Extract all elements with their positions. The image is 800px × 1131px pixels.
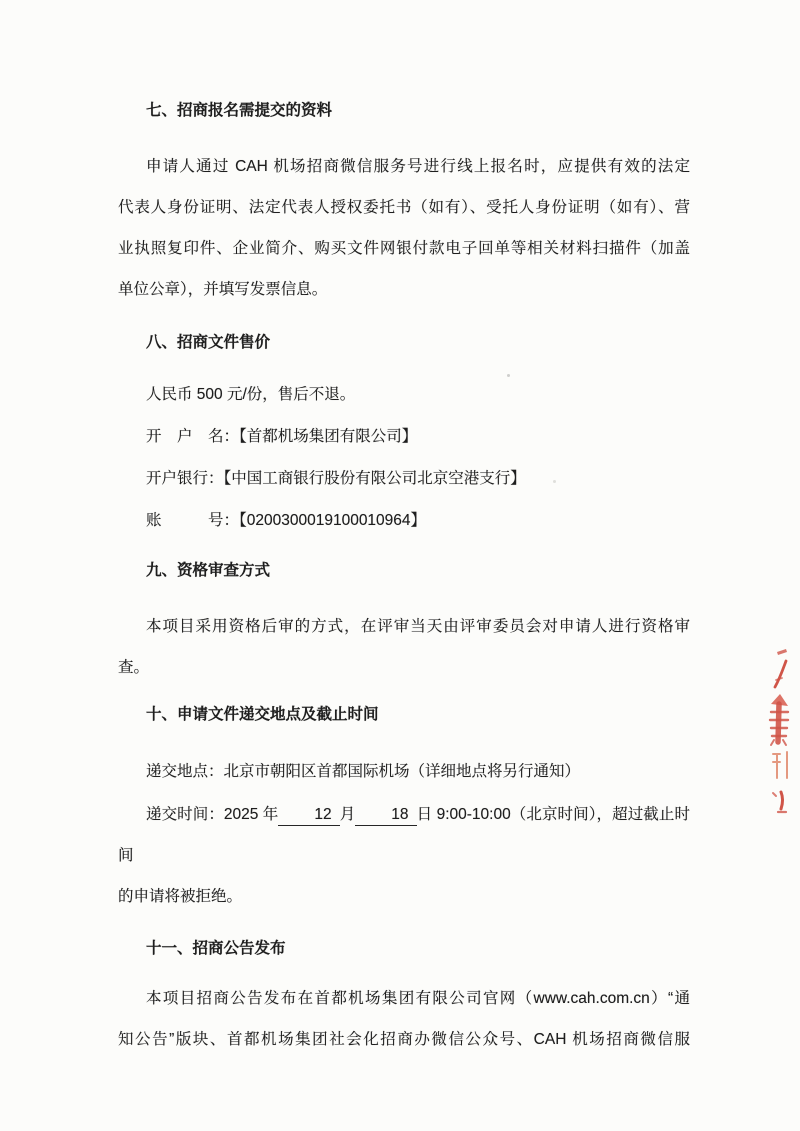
section-9: 九、资格审查方式 本项目采用资格后审的方式，在评审当天由评审委员会对申请人进行资… (118, 550, 690, 688)
section-8-heading: 八、招商文件售价 (118, 322, 690, 363)
body-line: 代表人身份证明、法定代表人授权委托书（如有）、受托人身份证明（如有）、营 (118, 187, 690, 228)
red-seal-fragment-icon (762, 640, 800, 818)
deadline-month-underlined: 12 (278, 805, 339, 826)
section-7: 七、招商报名需提交的资料 申请人通过 CAH 机场招商微信服务号进行线上报名时，… (118, 90, 690, 310)
body-line: 查。 (118, 647, 690, 688)
body-line: 知公告”版块、首都机场集团社会化招商办微信公众号、CAH 机场招商微信服 (118, 1019, 690, 1060)
account-name-line: 开 户 名：【首都机场集团有限公司】 (118, 416, 690, 457)
body-line: 申请人通过 CAH 机场招商微信服务号进行线上报名时，应提供有效的法定 (118, 146, 690, 187)
scan-speck (553, 480, 556, 483)
scan-speck (507, 374, 510, 377)
section-8: 八、招商文件售价 人民币 500 元/份，售后不退。 开 户 名：【首都机场集团… (118, 322, 690, 541)
section-11-heading: 十一、招商公告发布 (118, 928, 690, 969)
deadline-prefix: 递交时间：2025 年 (146, 806, 278, 823)
document-page-body: 七、招商报名需提交的资料 申请人通过 CAH 机场招商微信服务号进行线上报名时，… (118, 90, 690, 1060)
body-line: 本项目招商公告发布在首都机场集团有限公司官网（www.cah.com.cn）“通 (118, 978, 690, 1019)
section-11: 十一、招商公告发布 本项目招商公告发布在首都机场集团有限公司官网（www.cah… (118, 928, 690, 1060)
body-line: 的申请将被拒绝。 (118, 876, 690, 917)
body-line: 单位公章），并填写发票信息。 (118, 269, 690, 310)
section-9-heading: 九、资格审查方式 (118, 550, 690, 591)
section-10-heading: 十、申请文件递交地点及截止时间 (118, 694, 690, 735)
account-number-line: 账 号：【0200300019100010964】 (118, 500, 690, 541)
price-line: 人民币 500 元/份，售后不退。 (118, 374, 690, 415)
bank-line: 开户银行：【中国工商银行股份有限公司北京空港支行】 (118, 458, 690, 499)
scanned-document: { "page": { "background": "#fcfcfa", "in… (0, 0, 800, 1131)
submission-location-line: 递交地点：北京市朝阳区首都国际机场（详细地点将另行通知） (118, 751, 690, 792)
deadline-mid: 月 (340, 806, 356, 823)
section-7-heading: 七、招商报名需提交的资料 (118, 90, 690, 131)
deadline-day-underlined: 18 (355, 805, 416, 826)
body-line: 本项目采用资格后审的方式，在评审当天由评审委员会对申请人进行资格审 (118, 606, 690, 647)
section-10: 十、申请文件递交地点及截止时间 递交地点：北京市朝阳区首都国际机场（详细地点将另… (118, 694, 690, 917)
submission-deadline-line: 递交时间：2025 年12月18日 9:00-10:00（北京时间），超过截止时… (118, 794, 690, 876)
body-line: 业执照复印件、企业简介、购买文件网银付款电子回单等相关材料扫描件（加盖 (118, 228, 690, 269)
